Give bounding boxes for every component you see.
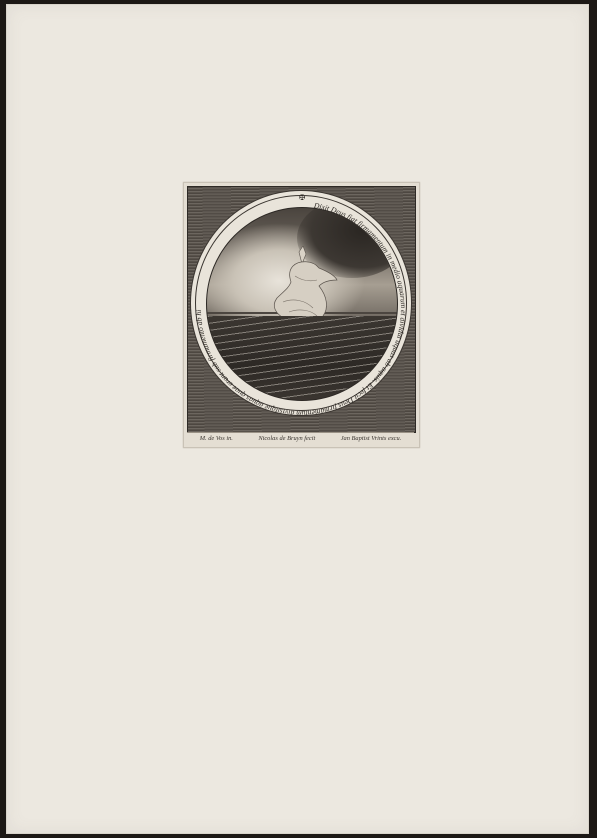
caption-inventor: M. de Vos in. [200, 435, 233, 442]
engraving-image: Dixit Deus fiat firmamentum in medio aqu… [187, 186, 416, 433]
firmament-scene [206, 207, 398, 401]
emblem-icon: ✠ [299, 193, 306, 202]
inscription-ring: Dixit Deus fiat firmamentum in medio aqu… [191, 191, 411, 415]
caption-publisher: Jan Baptist Vrints excu. [341, 435, 402, 442]
sea-waves [207, 316, 397, 400]
caption-engraver: Nicolas de Bruyn fecit [258, 435, 315, 442]
plate-caption: M. de Vos in. Nicolas de Bruyn fecit Jan… [187, 432, 414, 443]
